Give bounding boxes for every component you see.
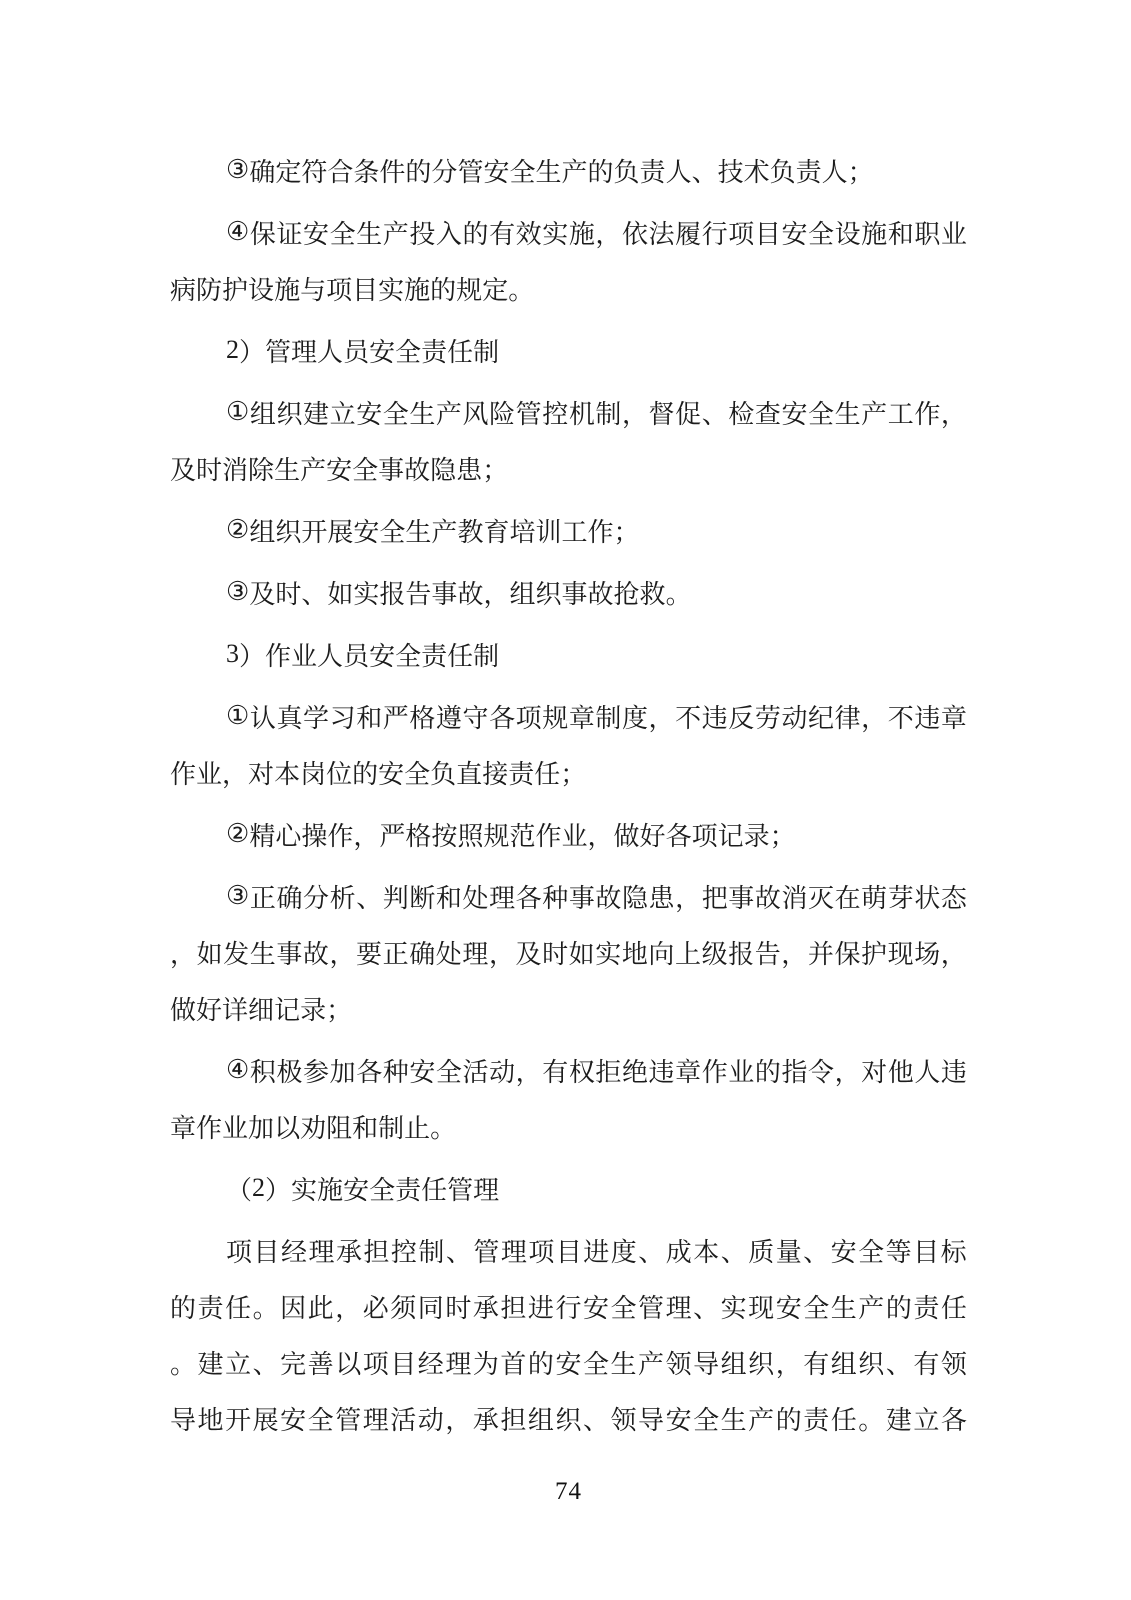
- paragraph: 2）管理人员安全责任制: [170, 322, 967, 378]
- text-line: 项目经理承担控制、管理项目进度、成本、质量、安全等目标: [170, 1222, 967, 1278]
- page-footer: 74: [170, 1478, 967, 1506]
- text-line: 导地开展安全管理活动，承担组织、领导安全生产的责任。建立各: [170, 1390, 967, 1446]
- text-line: 章作业加以劝阻和制止。: [170, 1098, 967, 1154]
- text-line: ④保证安全生产投入的有效实施，依法履行项目安全设施和职业: [170, 204, 967, 260]
- text-line: 做好详细记录；: [170, 980, 967, 1036]
- paragraph: 项目经理承担控制、管理项目进度、成本、质量、安全等目标的责任。因此，必须同时承担…: [170, 1222, 967, 1446]
- text-line: 。建立、完善以项目经理为首的安全生产领导组织，有组织、有领: [170, 1334, 967, 1390]
- text-line: 3）作业人员安全责任制: [170, 626, 967, 682]
- paragraph: （2）实施安全责任管理: [170, 1160, 967, 1216]
- paragraph: ③正确分析、判断和处理各种事故隐患，把事故消灭在萌芽状态，如发生事故，要正确处理…: [170, 868, 967, 1036]
- paragraph: ①认真学习和严格遵守各项规章制度，不违反劳动纪律，不违章作业，对本岗位的安全负直…: [170, 688, 967, 800]
- text-line: ①认真学习和严格遵守各项规章制度，不违反劳动纪律，不违章: [170, 688, 967, 744]
- text-line: ②组织开展安全生产教育培训工作；: [170, 502, 967, 558]
- text-line: ①组织建立安全生产风险管控机制，督促、检查安全生产工作，: [170, 384, 967, 440]
- document-page: ③确定符合条件的分管安全生产的负责人、技术负责人；④保证安全生产投入的有效实施，…: [0, 0, 1131, 1600]
- paragraph: ③确定符合条件的分管安全生产的负责人、技术负责人；: [170, 142, 967, 198]
- paragraph: ④积极参加各种安全活动，有权拒绝违章作业的指令，对他人违章作业加以劝阻和制止。: [170, 1042, 967, 1154]
- text-line: 病防护设施与项目实施的规定。: [170, 260, 967, 316]
- page-number: 74: [555, 1478, 582, 1505]
- text-body: ③确定符合条件的分管安全生产的负责人、技术负责人；④保证安全生产投入的有效实施，…: [170, 142, 967, 1452]
- paragraph: ②组织开展安全生产教育培训工作；: [170, 502, 967, 558]
- paragraph: ③及时、如实报告事故，组织事故抢救。: [170, 564, 967, 620]
- paragraph: ①组织建立安全生产风险管控机制，督促、检查安全生产工作，及时消除生产安全事故隐患…: [170, 384, 967, 496]
- text-line: 2）管理人员安全责任制: [170, 322, 967, 378]
- paragraph: ②精心操作，严格按照规范作业，做好各项记录；: [170, 806, 967, 862]
- text-line: 及时消除生产安全事故隐患；: [170, 440, 967, 496]
- text-line: ④积极参加各种安全活动，有权拒绝违章作业的指令，对他人违: [170, 1042, 967, 1098]
- text-line: 作业，对本岗位的安全负直接责任；: [170, 744, 967, 800]
- paragraph: ④保证安全生产投入的有效实施，依法履行项目安全设施和职业病防护设施与项目实施的规…: [170, 204, 967, 316]
- text-line: ，如发生事故，要正确处理，及时如实地向上级报告，并保护现场，: [170, 924, 967, 980]
- text-line: 的责任。因此，必须同时承担进行安全管理、实现安全生产的责任: [170, 1278, 967, 1334]
- text-line: ③正确分析、判断和处理各种事故隐患，把事故消灭在萌芽状态: [170, 868, 967, 924]
- text-line: ③确定符合条件的分管安全生产的负责人、技术负责人；: [170, 142, 967, 198]
- text-line: （2）实施安全责任管理: [170, 1160, 967, 1216]
- text-line: ③及时、如实报告事故，组织事故抢救。: [170, 564, 967, 620]
- paragraph: 3）作业人员安全责任制: [170, 626, 967, 682]
- text-line: ②精心操作，严格按照规范作业，做好各项记录；: [170, 806, 967, 862]
